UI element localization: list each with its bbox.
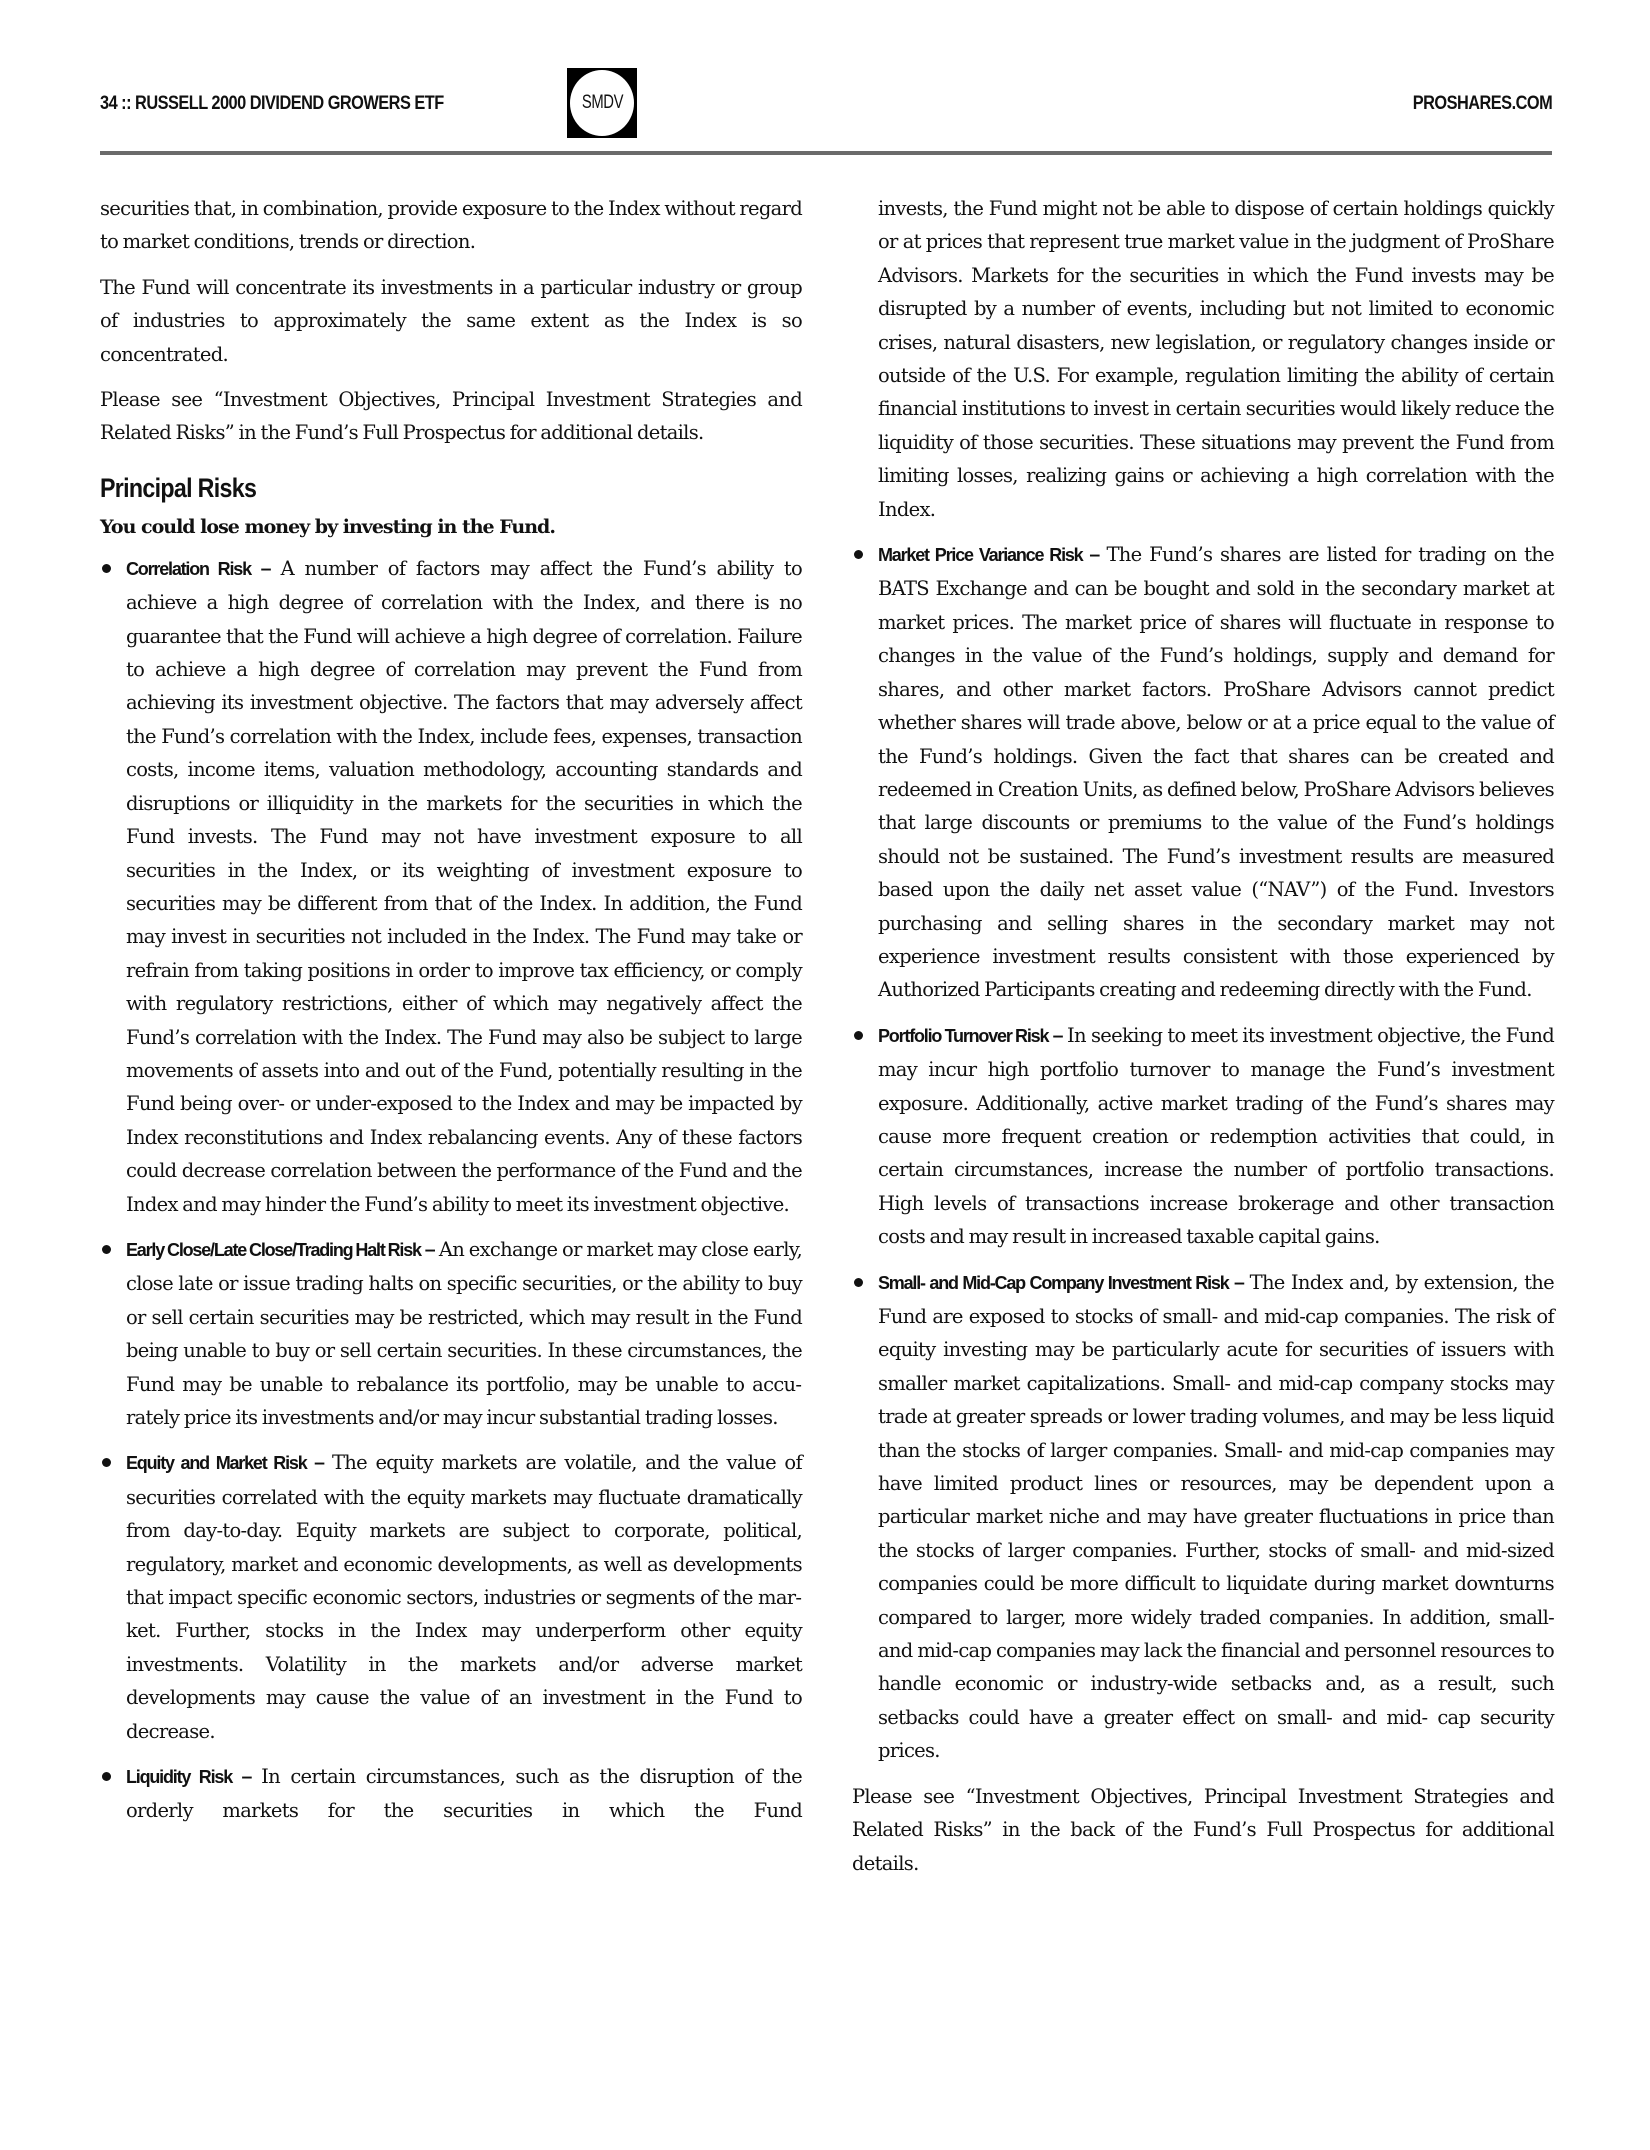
right-column: invests, the Fund might not be able to d… xyxy=(852,192,1554,1892)
bullet-icon xyxy=(854,1031,863,1040)
liquidity-risk-continuation: invests, the Fund might not be able to d… xyxy=(852,192,1554,526)
risk-term: Early Close/Late Close/Trading Halt Risk xyxy=(126,1240,421,1260)
closing-paragraph: Please see “Investment Objectives, Princ… xyxy=(852,1780,1554,1880)
dash: – xyxy=(232,1766,261,1788)
ticker-badge-circle: SMDV xyxy=(570,70,634,136)
risk-term: Small- and Mid-Cap Company Investment Ri… xyxy=(878,1273,1229,1293)
risk-term: Liquidity Risk xyxy=(126,1767,232,1787)
bullet-icon xyxy=(102,1245,111,1254)
intro-paragraph-3: Please see “Investment Objectives, Princ… xyxy=(100,383,802,450)
risk-warning: You could lose money by investing in the… xyxy=(100,510,802,544)
risk-item-small-mid-cap: Small- and Mid-Cap Company Investment Ri… xyxy=(852,1266,1554,1768)
intro-paragraph-2: The Fund will concentrate its investment… xyxy=(100,271,802,371)
risk-text: The equity markets are volatile, and the… xyxy=(126,1451,802,1742)
dash: – xyxy=(421,1239,439,1261)
dash: – xyxy=(251,558,281,580)
dash: – xyxy=(1083,544,1107,566)
left-column: securities that, in combination, provide… xyxy=(100,192,802,1840)
risk-text: The Fund’s shares are listed for trad­in… xyxy=(878,543,1554,1001)
ticker-badge-text: SMDV xyxy=(581,92,622,114)
risk-item-correlation: Correlation Risk – A number of factors m… xyxy=(100,552,802,1221)
risk-item-equity-market: Equity and Market Risk – The equity mark… xyxy=(100,1446,802,1748)
risk-text: The Index and, by extension, the Fund ar… xyxy=(878,1271,1554,1763)
page-header: 34 :: RUSSELL 2000 DIVIDEND GROWERS ETF … xyxy=(100,66,1552,138)
risk-item-market-price-variance: Market Price Variance Risk – The Fund’s … xyxy=(852,538,1554,1007)
bullet-icon xyxy=(102,564,111,573)
risk-text: invests, the Fund might not be able to d… xyxy=(878,192,1554,526)
header-divider xyxy=(100,151,1552,155)
risk-text: A number of factors may affect the Fund’… xyxy=(126,557,802,1216)
risk-item-early-close: Early Close/Late Close/Trading Halt Risk… xyxy=(100,1233,802,1434)
intro-paragraph-1: securities that, in combination, provide… xyxy=(100,192,802,259)
bullet-icon xyxy=(854,550,863,559)
risk-term: Correlation Risk xyxy=(126,559,251,579)
risk-text: In seeking to meet its investment object… xyxy=(878,1024,1554,1248)
bullet-icon xyxy=(102,1458,111,1467)
section-title: Principal Risks xyxy=(100,470,704,506)
dash: – xyxy=(1048,1025,1067,1047)
page-label: 34 :: RUSSELL 2000 DIVIDEND GROWERS ETF xyxy=(100,93,444,115)
risk-item-portfolio-turnover: Portfolio Turnover Risk – In seeking to … xyxy=(852,1019,1554,1254)
risk-item-liquidity: Liquidity Risk – In certain circumstance… xyxy=(100,1760,802,1828)
risk-term: Portfolio Turnover Risk xyxy=(878,1026,1048,1046)
dash: – xyxy=(307,1452,332,1474)
risk-text: An exchange or market may close early, c… xyxy=(126,1238,802,1429)
risk-term: Equity and Market Risk xyxy=(126,1453,307,1473)
dash: – xyxy=(1229,1272,1250,1294)
site-link[interactable]: PROSHARES.COM xyxy=(1413,93,1552,115)
bullet-icon xyxy=(102,1772,111,1781)
risk-term: Market Price Variance Risk xyxy=(878,545,1083,565)
bullet-icon xyxy=(854,1278,863,1287)
ticker-badge: SMDV xyxy=(567,68,637,138)
